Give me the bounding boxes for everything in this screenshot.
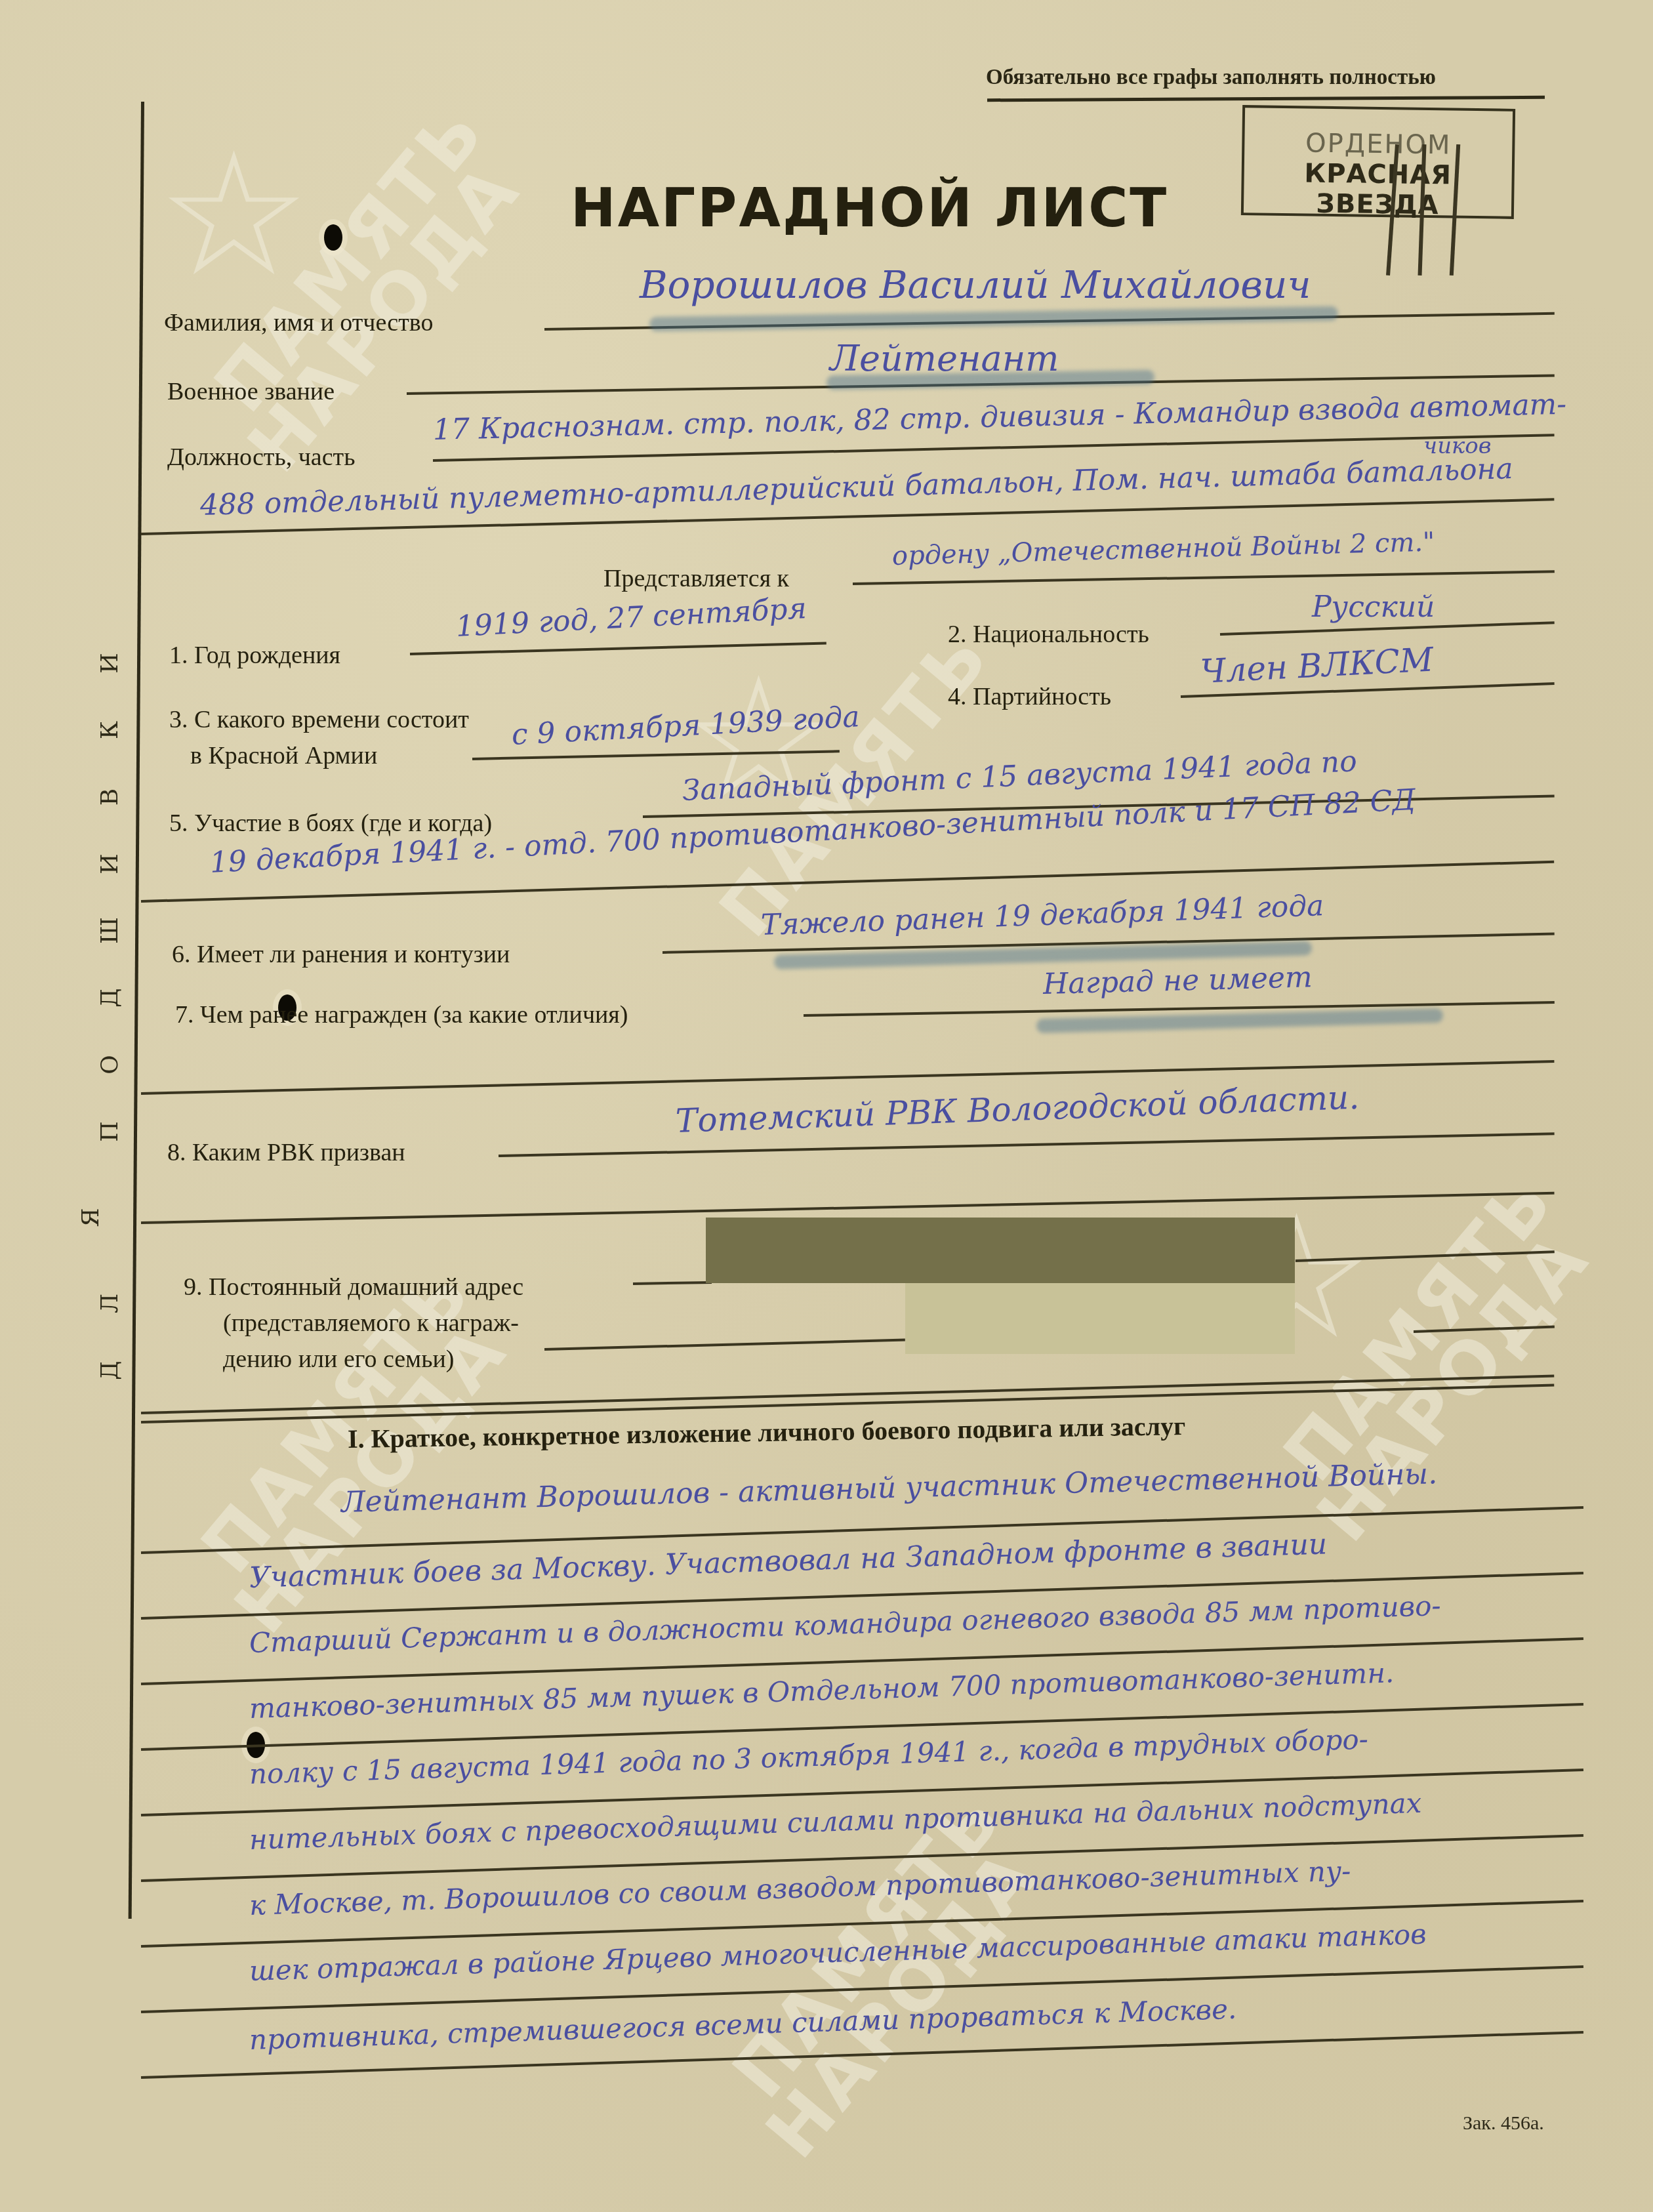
label-address-3: дению или его семьи) <box>223 1345 454 1374</box>
signature-strokes <box>1384 144 1476 276</box>
label-full-name: Фамилия, имя и отчество <box>164 308 433 337</box>
value-prior-awards: Наград не имеет <box>1042 960 1313 1001</box>
redaction-block <box>905 1283 1295 1354</box>
label-wounds: 6. Имеет ли ранения и контузии <box>172 940 510 969</box>
label-nationality: 2. Национальность <box>948 620 1149 649</box>
label-army-since-2: в Красной Армии <box>190 741 377 770</box>
value-full-name: Ворошилов Василий Михайлович <box>640 262 1311 307</box>
value-nationality: Русский <box>1312 590 1435 624</box>
label-prior-awards: 7. Чем ранее награжден (за какие отличия… <box>175 1000 628 1029</box>
label-birth-year: 1. Год рождения <box>169 641 340 670</box>
print-order-number: Зак. 456а. <box>1463 2112 1544 2135</box>
label-position: Должность, часть <box>167 443 356 472</box>
label-nominated-for: Представляется к <box>603 564 789 593</box>
document-title: НАГРАДНОЙ ЛИСТ <box>571 177 1168 239</box>
label-address-2: (представляемого к награж- <box>223 1309 519 1338</box>
value-rank: Лейтенант <box>830 338 1059 379</box>
label-party: 4. Партийность <box>948 682 1111 711</box>
punch-hole <box>324 224 342 251</box>
label-rvk: 8. Каким РВК призван <box>167 1138 405 1167</box>
binding-margin-label: И К В И Ш Д О П Я Л Д <box>117 630 143 1404</box>
redaction-block <box>706 1218 1295 1283</box>
label-address-1: 9. Постоянный домашний адрес <box>184 1273 523 1301</box>
label-army-since-1: 3. С какого времени состоит <box>169 705 469 734</box>
label-rank: Военное звание <box>167 377 335 406</box>
header-instruction: Обязательно все графы заполнять полность… <box>986 66 1436 90</box>
